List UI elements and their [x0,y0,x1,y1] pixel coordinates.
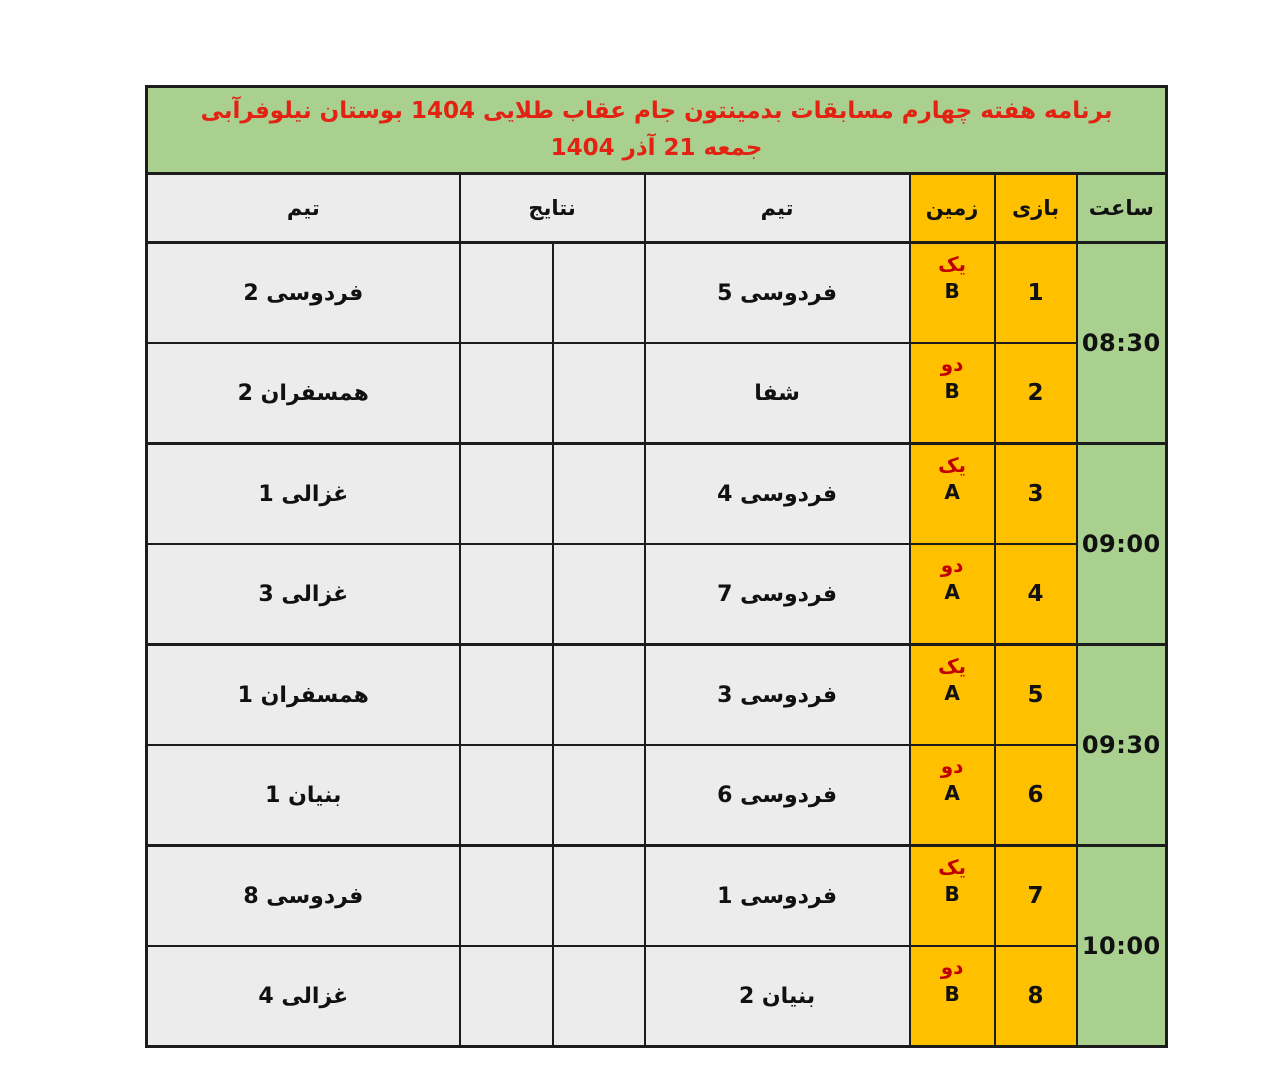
schedule-sheet: برنامه هفته چهارم مسابقات بدمینتون جام ع… [145,85,1168,1048]
court-letter: B [911,278,994,305]
court-name: دو [911,351,994,378]
game-number-cell: 3 [995,444,1077,545]
team-left-cell: همسفران 2 [147,343,460,444]
column-header-team-left: تیم [147,174,460,243]
table-row: 8 دو B بنیان 2 غزالی 4 [147,946,1167,1047]
result-cell-left [460,544,553,645]
column-header-results: نتایج [460,174,645,243]
column-header-court: زمین [910,174,995,243]
header-row: ساعت بازی زمین تیم نتایج تیم [147,174,1167,243]
schedule-table: برنامه هفته چهارم مسابقات بدمینتون جام ع… [145,85,1168,1048]
table-row: 08:30 1 یک B فردوسی 5 فردوسی 2 [147,243,1167,344]
result-cell-right [553,444,645,545]
result-cell-left [460,745,553,846]
court-cell: دو A [910,544,995,645]
court-letter: A [911,780,994,807]
court-letter: B [911,378,994,405]
court-cell: دو B [910,946,995,1047]
court-cell: یک B [910,243,995,344]
schedule-title: برنامه هفته چهارم مسابقات بدمینتون جام ع… [147,87,1167,174]
court-letter: A [911,680,994,707]
court-cell: دو A [910,745,995,846]
game-number-cell: 8 [995,946,1077,1047]
court-letter: B [911,881,994,908]
table-row: 6 دو A فردوسی 6 بنیان 1 [147,745,1167,846]
court-letter: A [911,579,994,606]
court-cell: دو B [910,343,995,444]
team-right-cell: فردوسی 4 [645,444,910,545]
result-cell-right [553,745,645,846]
result-cell-right [553,243,645,344]
team-left-cell: غزالی 4 [147,946,460,1047]
team-left-cell: فردوسی 8 [147,846,460,947]
result-cell-left [460,444,553,545]
court-letter: A [911,479,994,506]
table-row: 2 دو B شفا همسفران 2 [147,343,1167,444]
game-number-cell: 6 [995,745,1077,846]
table-row: 10:00 7 یک B فردوسی 1 فردوسی 8 [147,846,1167,947]
court-letter: B [911,981,994,1008]
result-cell-right [553,846,645,947]
table-row: 09:30 5 یک A فردوسی 3 همسفران 1 [147,645,1167,746]
game-number-cell: 7 [995,846,1077,947]
court-name: دو [911,753,994,780]
team-right-cell: فردوسی 6 [645,745,910,846]
team-right-cell: فردوسی 5 [645,243,910,344]
court-name: دو [911,552,994,579]
table-row: 09:00 3 یک A فردوسی 4 غزالی 1 [147,444,1167,545]
result-cell-left [460,846,553,947]
result-cell-right [553,946,645,1047]
court-cell: یک A [910,444,995,545]
column-header-game: بازی [995,174,1077,243]
result-cell-right [553,645,645,746]
time-cell: 09:30 [1077,645,1167,846]
game-number-cell: 2 [995,343,1077,444]
title-line-1: برنامه هفته چهارم مسابقات بدمینتون جام ع… [148,93,1165,130]
result-cell-left [460,946,553,1047]
court-name: دو [911,954,994,981]
time-cell: 10:00 [1077,846,1167,1047]
court-cell: یک B [910,846,995,947]
court-name: یک [911,251,994,278]
column-header-team-right: تیم [645,174,910,243]
team-left-cell: غزالی 1 [147,444,460,545]
team-right-cell: شفا [645,343,910,444]
team-right-cell: فردوسی 1 [645,846,910,947]
result-cell-left [460,343,553,444]
title-row: برنامه هفته چهارم مسابقات بدمینتون جام ع… [147,87,1167,174]
team-right-cell: فردوسی 3 [645,645,910,746]
game-number-cell: 1 [995,243,1077,344]
court-name: یک [911,452,994,479]
table-row: 4 دو A فردوسی 7 غزالی 3 [147,544,1167,645]
time-cell: 09:00 [1077,444,1167,645]
result-cell-left [460,243,553,344]
court-name: یک [911,854,994,881]
result-cell-right [553,343,645,444]
court-name: یک [911,653,994,680]
team-left-cell: غزالی 3 [147,544,460,645]
court-cell: یک A [910,645,995,746]
team-left-cell: فردوسی 2 [147,243,460,344]
result-cell-right [553,544,645,645]
team-left-cell: بنیان 1 [147,745,460,846]
time-cell: 08:30 [1077,243,1167,444]
team-right-cell: بنیان 2 [645,946,910,1047]
result-cell-left [460,645,553,746]
column-header-time: ساعت [1077,174,1167,243]
game-number-cell: 5 [995,645,1077,746]
title-line-2: جمعه 21 آذر 1404 [148,130,1165,167]
team-left-cell: همسفران 1 [147,645,460,746]
team-right-cell: فردوسی 7 [645,544,910,645]
game-number-cell: 4 [995,544,1077,645]
